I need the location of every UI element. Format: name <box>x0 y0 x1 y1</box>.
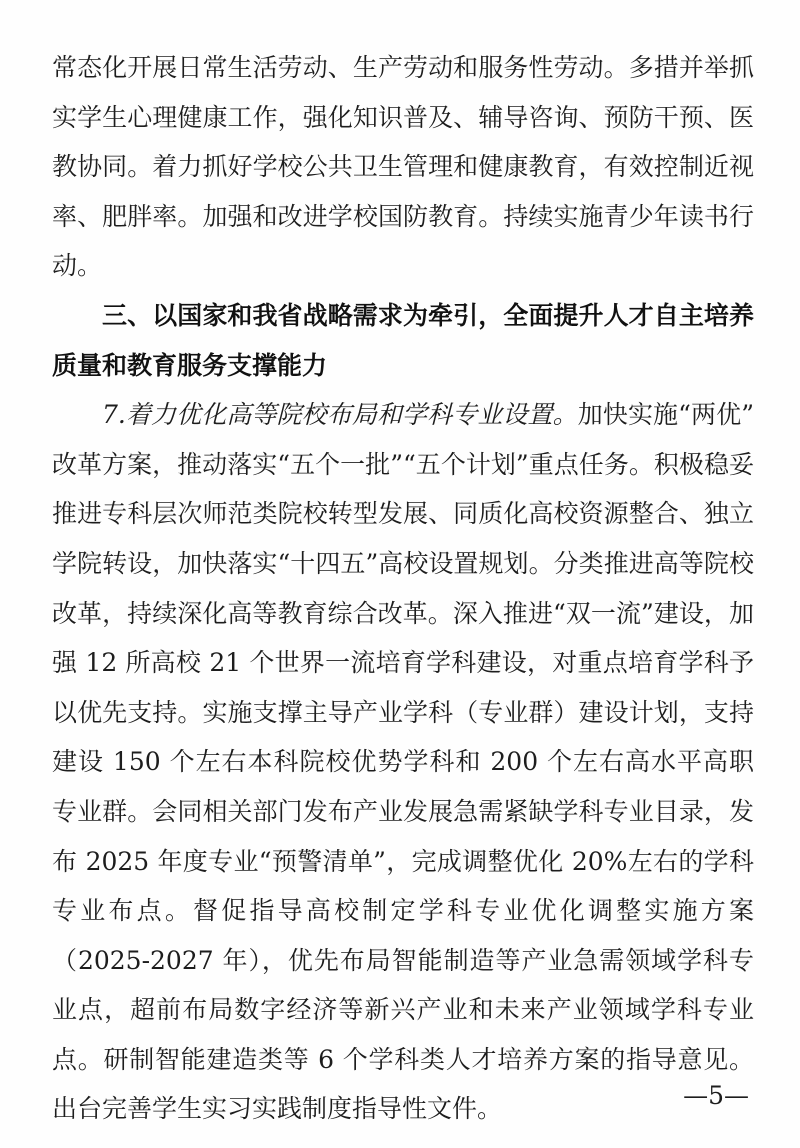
item-7-paragraph: 7.着力优化高等院校布局和学科专业设置。加快实施“两优”改革方案，推动落实“五个… <box>52 390 754 1134</box>
document-page: 常态化开展日常生活劳动、生产劳动和服务性劳动。多措并举抓实学生心理健康工作，强化… <box>0 0 800 1148</box>
document-body: 常态化开展日常生活劳动、生产劳动和服务性劳动。多措并举抓实学生心理健康工作，强化… <box>52 43 754 1134</box>
item-7-body: 加快实施“两优”改革方案，推动落实“五个一批”“五个计划”重点任务。积极稳妥推进… <box>52 400 754 1123</box>
paragraph-continuation: 常态化开展日常生活劳动、生产劳动和服务性劳动。多措并举抓实学生心理健康工作，强化… <box>52 43 754 291</box>
page-number: —5— <box>683 1082 749 1110</box>
item-7-lead: 7.着力优化高等院校布局和学科专业设置。 <box>102 400 578 429</box>
section-heading: 三、以国家和我省战略需求为牵引，全面提升人才自主培养质量和教育服务支撑能力 <box>52 291 754 390</box>
